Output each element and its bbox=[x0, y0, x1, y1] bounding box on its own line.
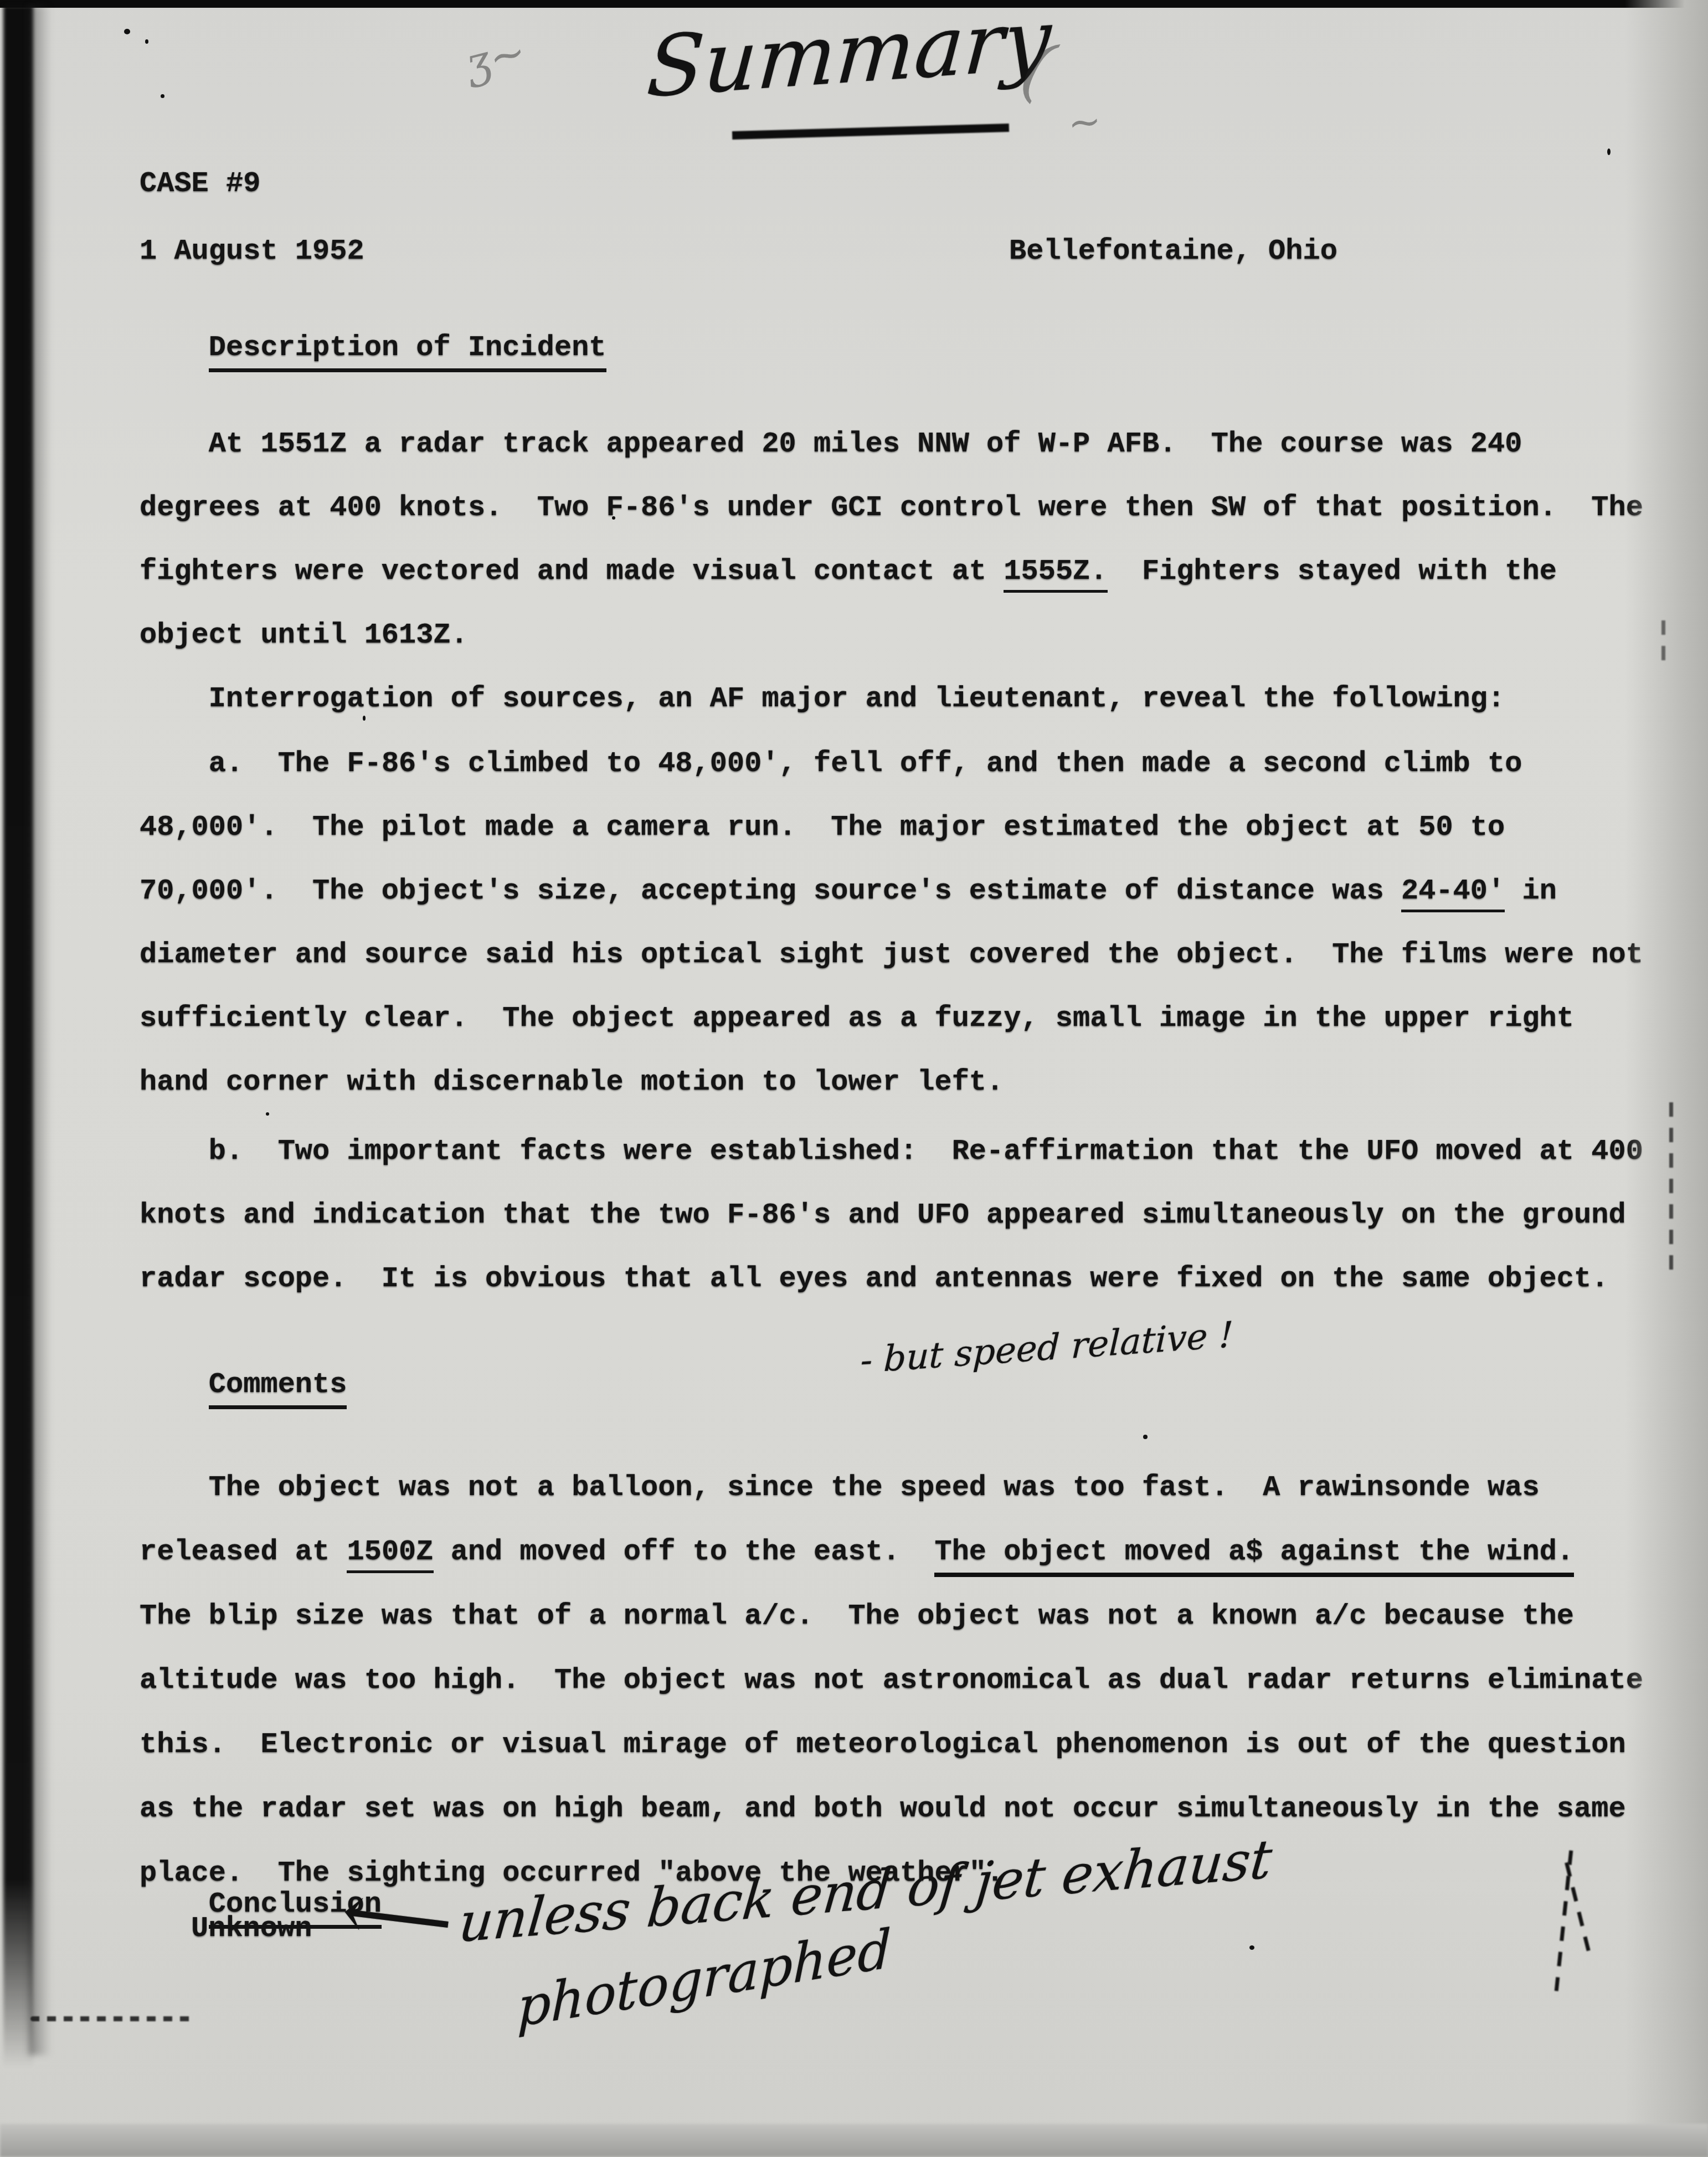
scan-artifact-right-shadow bbox=[1625, 0, 1708, 2157]
tilde-scratch-mark: ~ bbox=[1066, 97, 1104, 147]
scan-artifact-edge-dashes-2 bbox=[1661, 620, 1665, 670]
scan-speck-7 bbox=[266, 1112, 269, 1116]
underlined-against-wind-sentence: The object moved a$ against the wind. bbox=[934, 1535, 1574, 1577]
summary-underline-stroke bbox=[732, 124, 1009, 140]
underlined-object-size: 24-40' bbox=[1401, 875, 1505, 912]
scan-speck-1 bbox=[124, 29, 130, 34]
scan-artifact-top-edge bbox=[0, 0, 1708, 8]
item-a-text: a. The F-86's climbed to 48,000', fell o… bbox=[140, 747, 1540, 907]
underlined-contact-time: 1555Z. bbox=[1004, 555, 1107, 593]
scan-artifact-edge-dashes-1 bbox=[1669, 1102, 1673, 1280]
item-b-text: b. Two important facts were established:… bbox=[140, 1135, 1660, 1295]
left-arrow-annotation-icon: ⟵ bbox=[337, 1866, 458, 1969]
scan-speck-3 bbox=[161, 94, 164, 98]
scan-speck-9 bbox=[363, 716, 366, 721]
scan-speck-6 bbox=[1143, 1435, 1148, 1439]
scan-speck-2 bbox=[145, 39, 148, 44]
scan-artifact-bottom-shadow bbox=[0, 2124, 1708, 2157]
incident-location: Bellefontaine, Ohio bbox=[1009, 235, 1337, 268]
report-date: 1 August 1952 bbox=[140, 235, 364, 268]
pencil-squiggle-mark: ʒ~ bbox=[460, 27, 531, 90]
handwritten-summary-title: Summary bbox=[644, 0, 1054, 116]
comments-text-mid: and moved off to the east. bbox=[434, 1535, 935, 1568]
scan-speck-5 bbox=[612, 516, 615, 520]
description-item-b: b. Two important facts were established:… bbox=[140, 1056, 1649, 1374]
underlined-release-time: 1500Z bbox=[347, 1535, 433, 1573]
scan-speck-4 bbox=[1607, 148, 1611, 155]
case-number: CASE #9 bbox=[140, 167, 260, 201]
scanned-document-page: Summary ʒ~ ( ~ CASE #9 1 August 1952 Bel… bbox=[0, 0, 1708, 2157]
scan-artifact-left-edge-shadow bbox=[29, 6, 51, 2055]
scan-artifact-dotted-line bbox=[30, 2016, 197, 2021]
conclusion-value: Unknown bbox=[191, 1912, 312, 1945]
scan-speck-8 bbox=[1249, 1945, 1254, 1950]
comments-text-end: The blip size was that of a normal a/c. … bbox=[140, 1535, 1660, 1889]
